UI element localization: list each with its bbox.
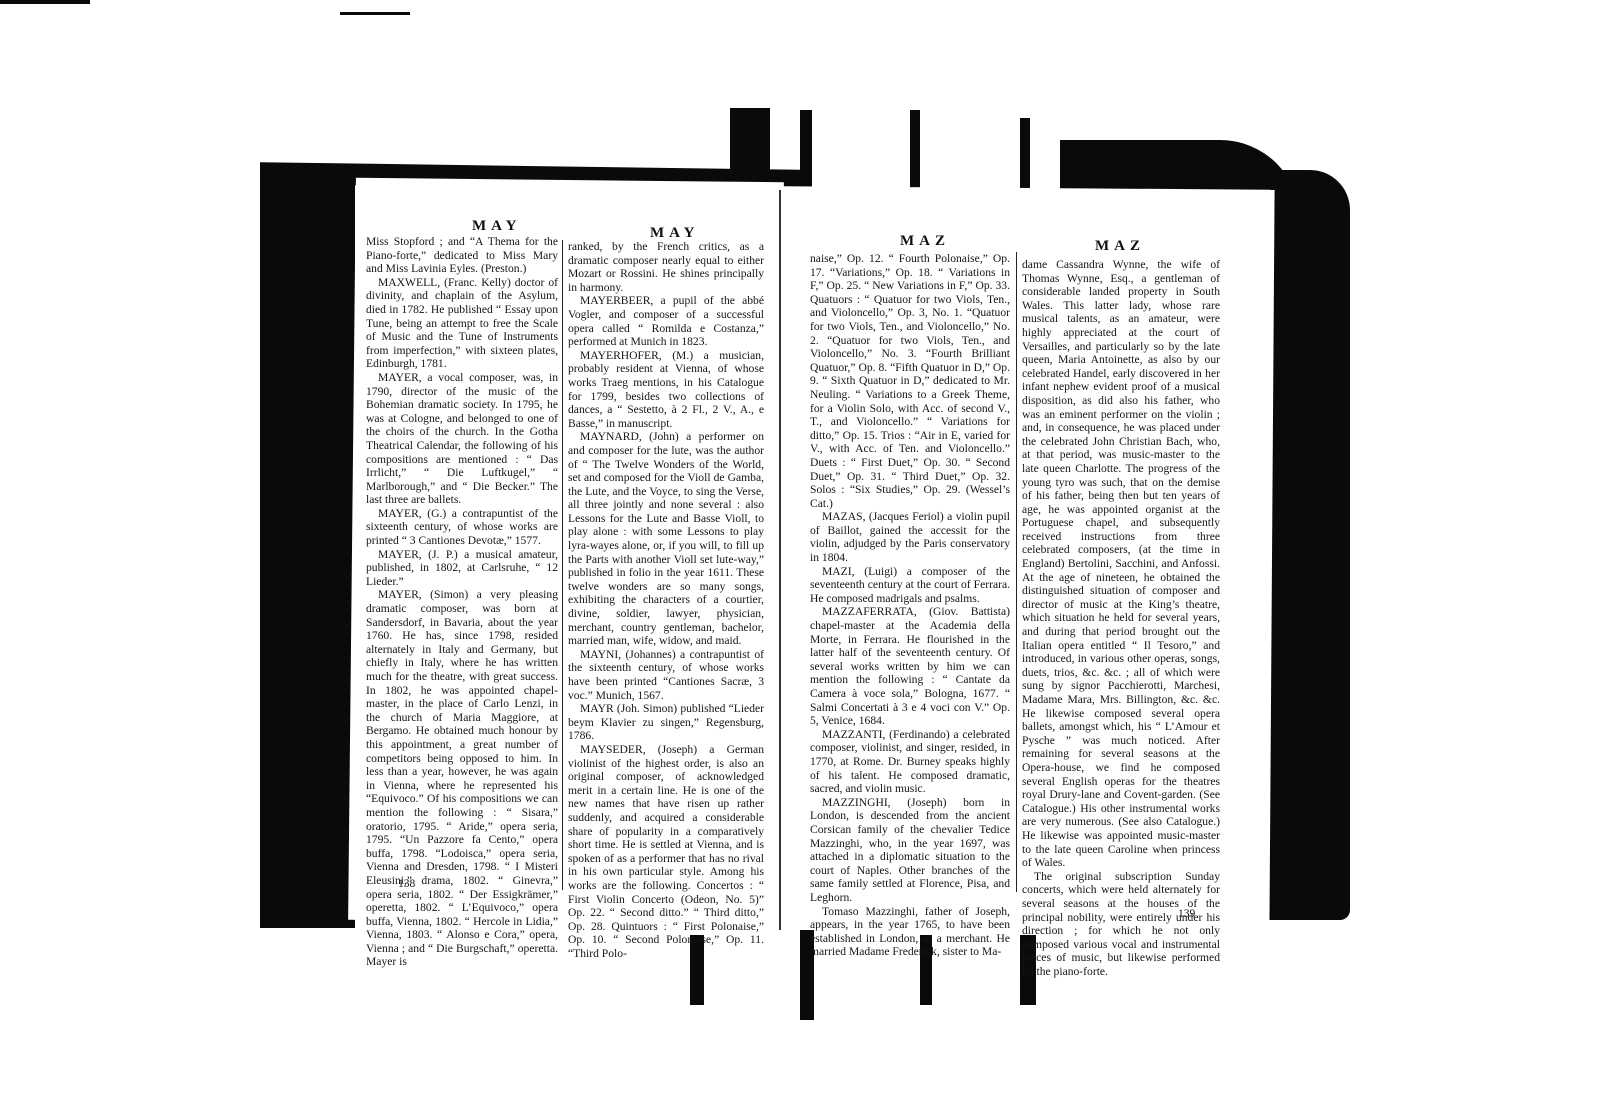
running-head: MAZ: [1095, 238, 1145, 255]
column-rule: [562, 240, 563, 890]
paragraph: MAYER, (Simon) a very pleasing dramatic …: [366, 588, 558, 969]
paragraph: The original subscription Sunday concert…: [1022, 870, 1220, 979]
paragraph: Tomaso Mazzinghi, father of Joseph, appe…: [810, 905, 1010, 959]
page-number: 138: [398, 878, 415, 890]
text-column: naise,” Op. 12. “ Fourth Polonaise,” Op.…: [810, 252, 1010, 959]
text-column: Miss Stopford ; and “A Thema for the Pia…: [366, 235, 558, 969]
paragraph: MAYER, a vocal composer, was, in 1790, d…: [366, 371, 558, 507]
running-head: MAZ: [900, 233, 950, 250]
paragraph: MAZAS, (Jacques Feriol) a violin pupil o…: [810, 510, 1010, 564]
paragraph: MAYSEDER, (Joseph) a German violinist of…: [568, 743, 764, 961]
page-number: 139: [1178, 908, 1195, 920]
running-head: MAY: [472, 218, 521, 235]
paragraph: naise,” Op. 12. “ Fourth Polonaise,” Op.…: [810, 252, 1010, 510]
paragraph: Miss Stopford ; and “A Thema for the Pia…: [366, 235, 558, 276]
gutter-line: [779, 190, 781, 930]
paragraph: dame Cassandra Wynne, the wife of Thomas…: [1022, 258, 1220, 870]
paragraph: MAYERBEER, a pupil of the abbé Vogler, a…: [568, 294, 764, 348]
paragraph: MAYER, (G.) a contrapuntist of the sixte…: [366, 507, 558, 548]
top-edge-mark: [0, 0, 90, 4]
paragraph: MAYR (Joh. Simon) published “Lieder beym…: [568, 702, 764, 743]
spine-blot-1: [730, 108, 770, 188]
paragraph: MAZZINGHI, (Joseph) born in London, is d…: [810, 796, 1010, 905]
column-rule: [1016, 252, 1017, 892]
text-column: dame Cassandra Wynne, the wife of Thomas…: [1022, 258, 1220, 978]
paragraph: MAYNI, (Johannes) a contrapuntist of the…: [568, 648, 764, 702]
text-column: ranked, by the French critics, as a dram…: [568, 240, 764, 960]
paragraph: MAZZANTI, (Ferdinando) a celebrated comp…: [810, 728, 1010, 796]
top-edge-mark-2: [340, 12, 410, 15]
paragraph: MAYERHOFER, (M.) a musician, probably re…: [568, 349, 764, 431]
paragraph: MAZZAFERRATA, (Giov. Battista) chapel-ma…: [810, 605, 1010, 727]
paragraph: MAXWELL, (Franc. Kelly) doctor of divini…: [366, 276, 558, 371]
paragraph: MAYNARD, (John) a performer on and compo…: [568, 430, 764, 648]
paragraph: ranked, by the French critics, as a dram…: [568, 240, 764, 294]
paragraph: MAZI, (Luigi) a composer of the seventee…: [810, 565, 1010, 606]
paragraph: MAYER, (J. P.) a musical amateur, publis…: [366, 548, 558, 589]
book-cover-left: [260, 168, 355, 928]
